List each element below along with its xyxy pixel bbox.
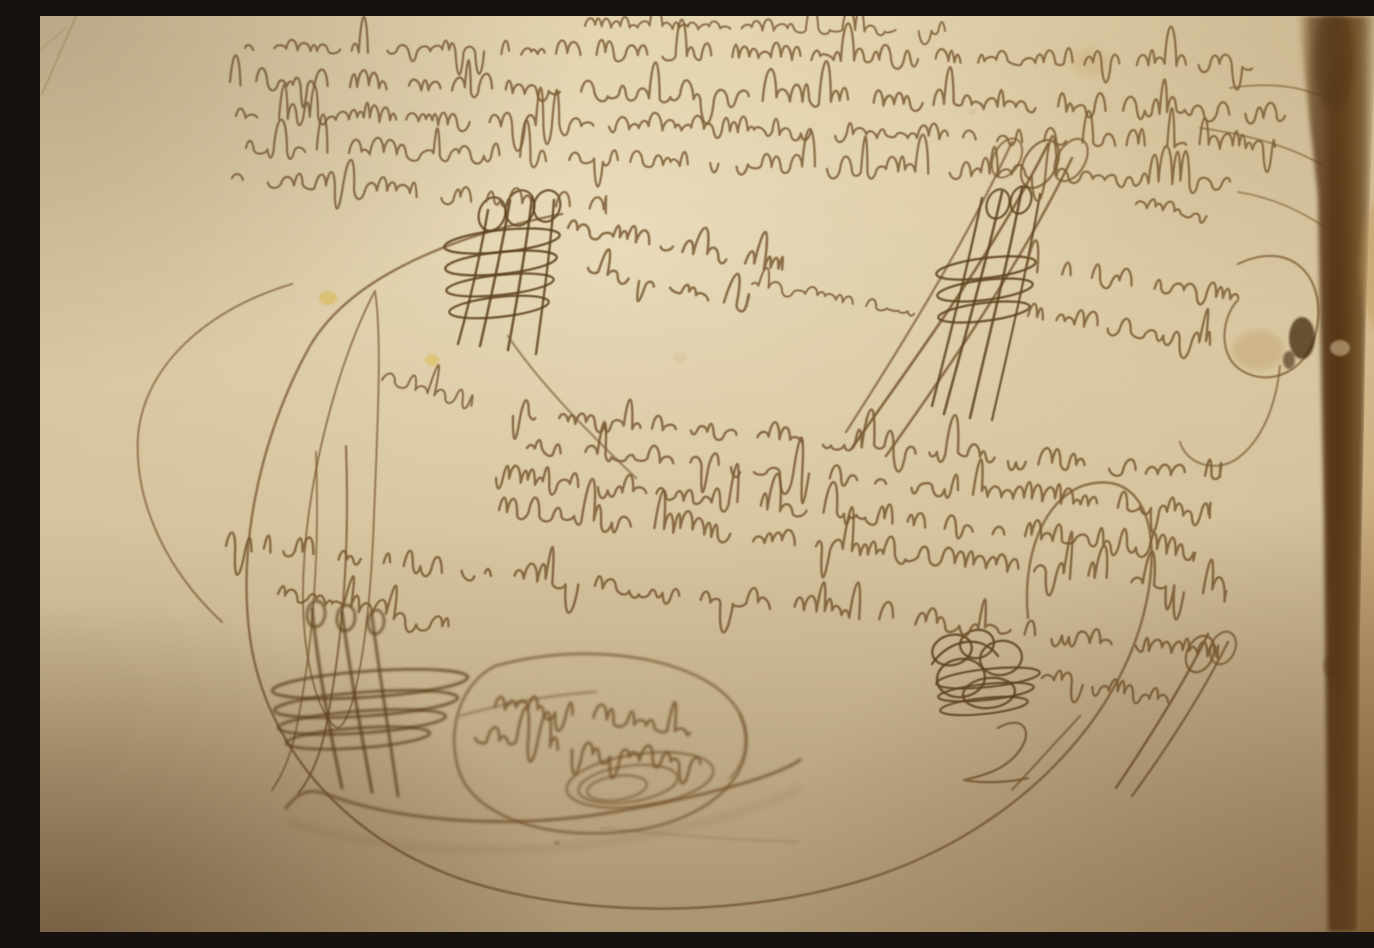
photo-canvas: handwritten manuscript leaf [40,16,1374,932]
vignette-bottom-right [40,16,1374,932]
manuscript-photo: handwritten manuscript leaf [40,16,1374,932]
